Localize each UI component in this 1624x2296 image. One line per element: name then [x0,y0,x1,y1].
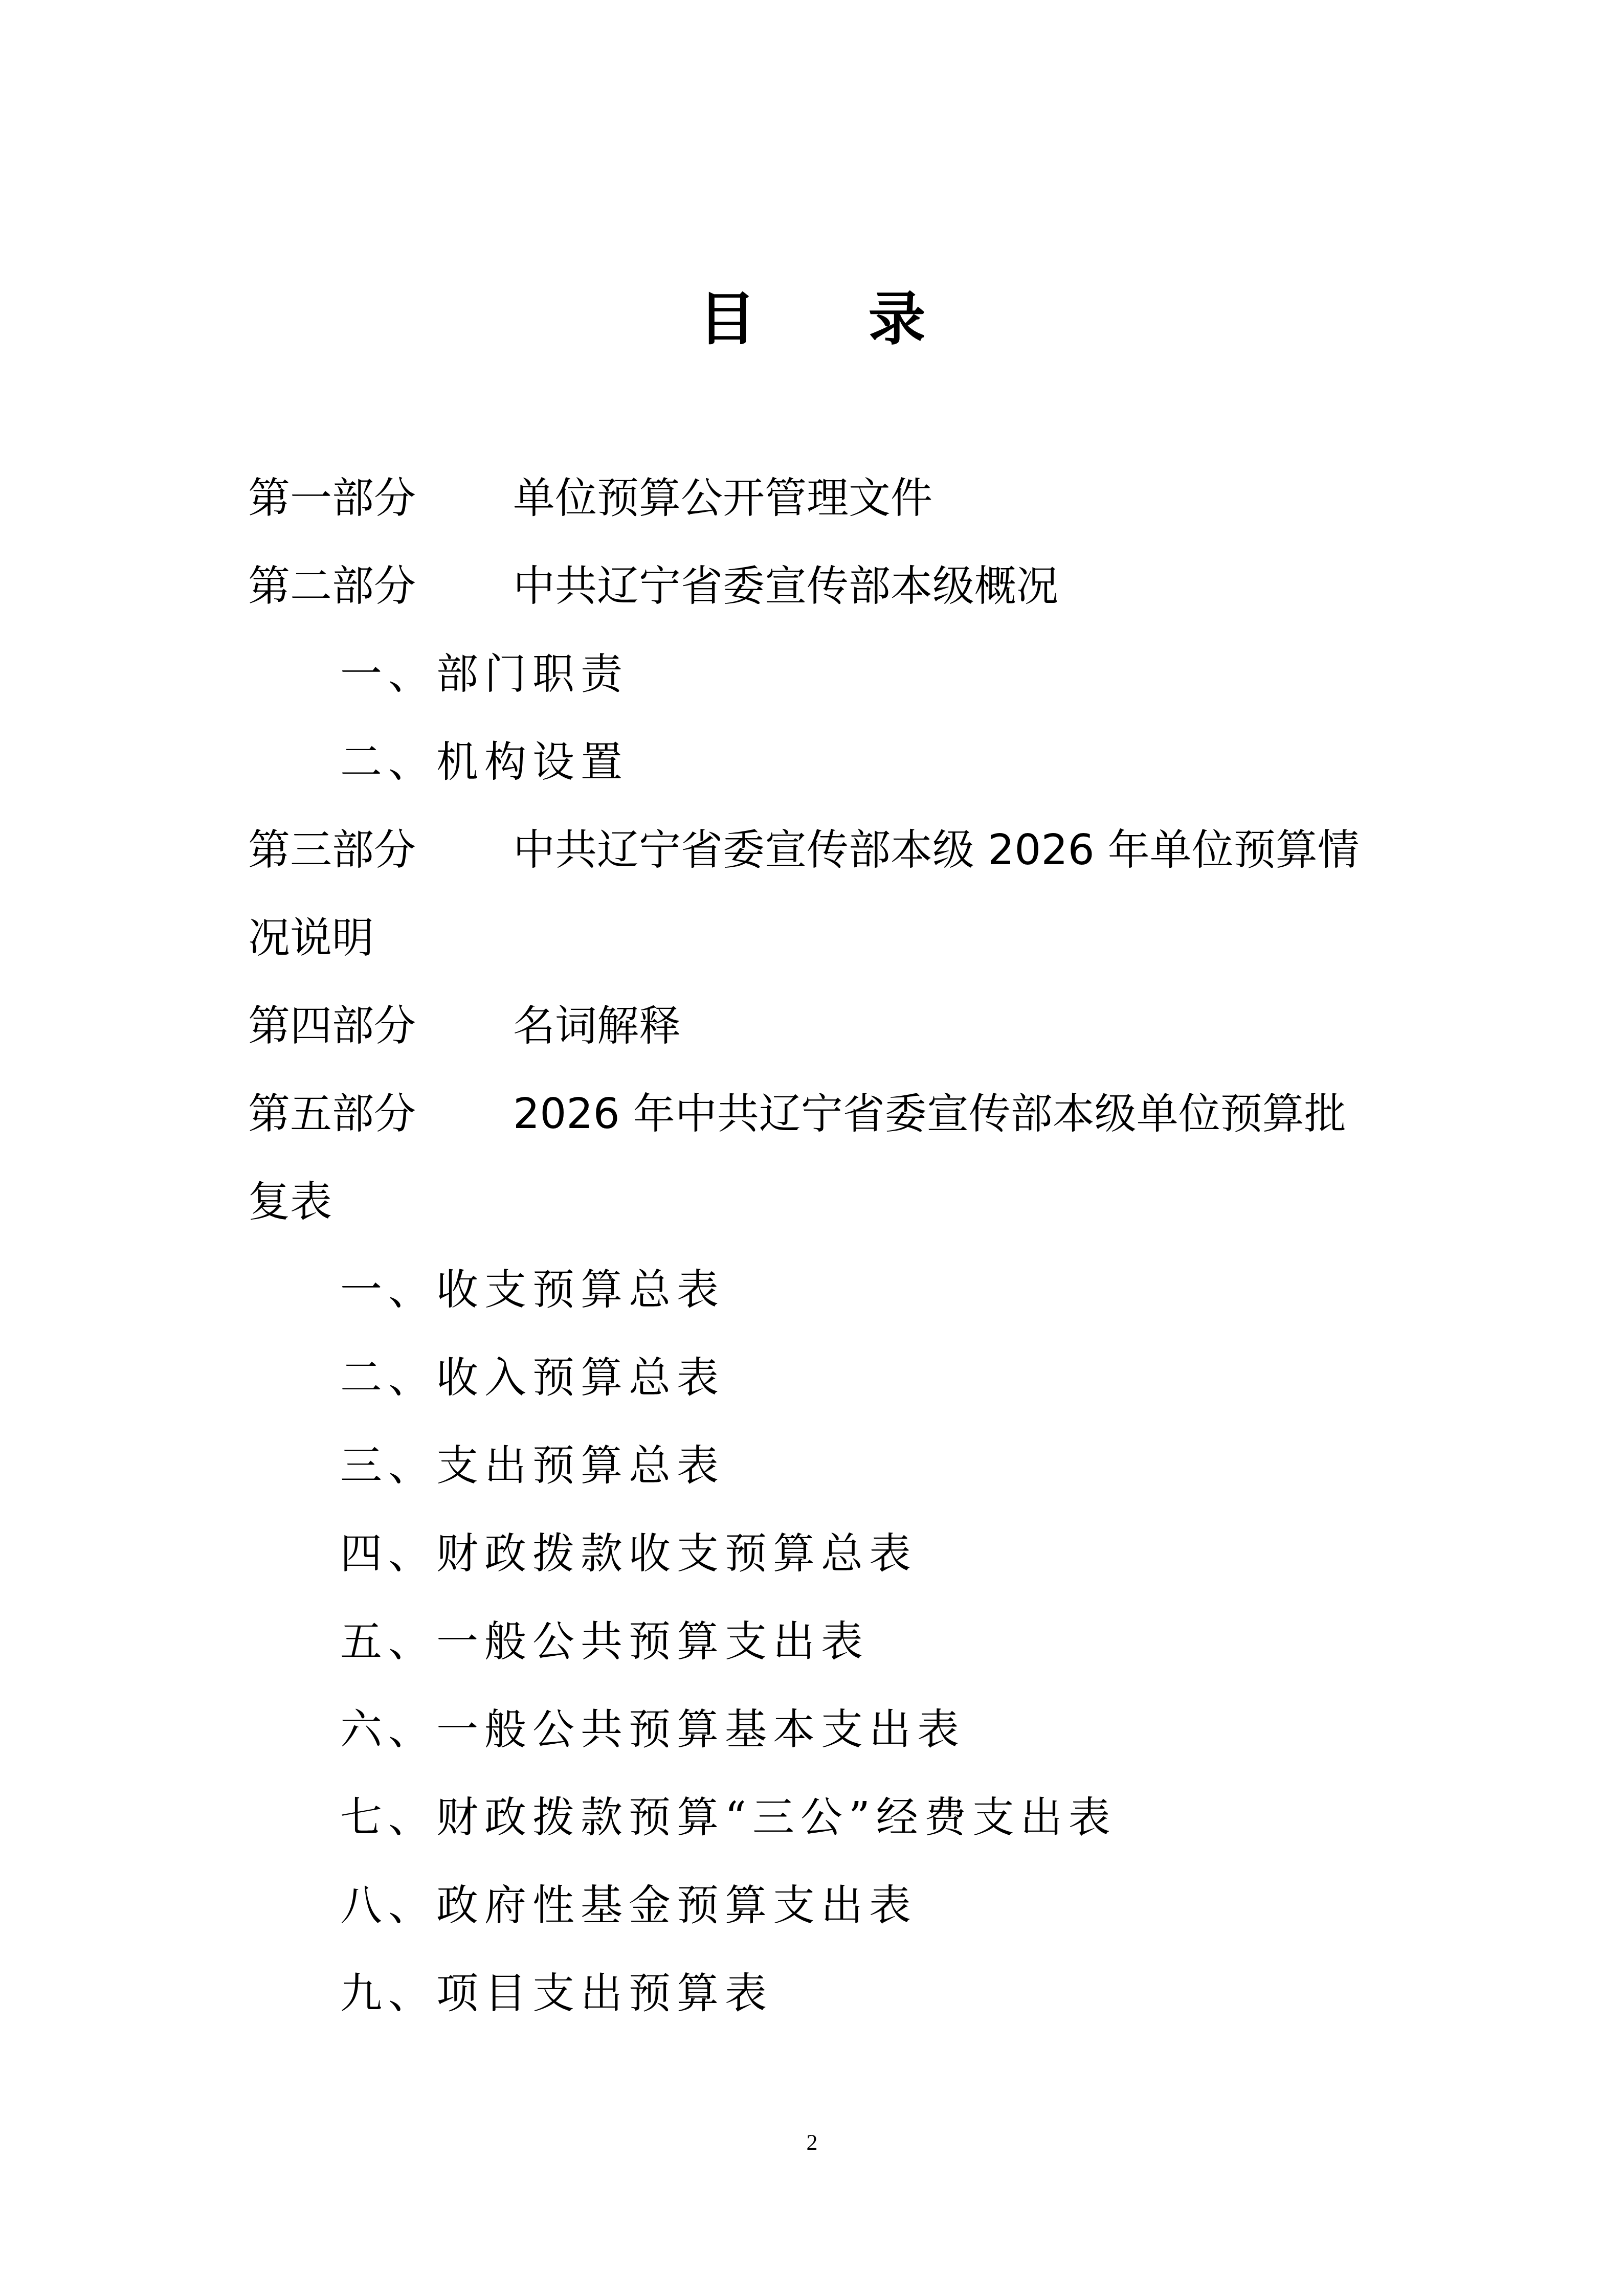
toc-part-text: 中共辽宁省委宣传部本级 2026 年单位预算情 [513,825,1360,876]
toc-subitem[interactable]: 九、项目支出预算表 [340,1968,773,2019]
toc-subitem[interactable]: 七、财政拨款预算“三公”经费支出表 [340,1792,1117,1843]
toc-subitem[interactable]: 一、收支预算总表 [340,1265,725,1316]
toc-subitem[interactable]: 四、财政拨款收支预算总表 [340,1528,917,1580]
toc-subitem[interactable]: 二、收入预算总表 [340,1353,725,1404]
toc-part-label: 第一部分 [248,473,513,524]
title-char-2: 录 [869,284,926,355]
toc-part-label: 第三部分 [248,825,513,876]
title-char-1: 目 [699,284,756,355]
toc-part-1[interactable]: 第一部分单位预算公开管理文件 [248,473,932,524]
toc-part-label: 第四部分 [248,1001,513,1052]
toc-part-text: 中共辽宁省委宣传部本级概况 [513,561,1058,612]
toc-subitem[interactable]: 六、一般公共预算基本支出表 [340,1704,965,1755]
toc-part-3-continuation[interactable]: 况说明 [248,913,374,964]
toc-part-label: 第二部分 [248,561,513,612]
toc-subitem[interactable]: 二、机构设置 [340,737,629,788]
toc-subitem[interactable]: 八、政府性基金预算支出表 [340,1880,917,1931]
page-title: 目录 [0,284,1624,355]
toc-subitem[interactable]: 五、一般公共预算支出表 [340,1616,869,1668]
document-page: 目录 第一部分单位预算公开管理文件 第二部分中共辽宁省委宣传部本级概况 一、部门… [0,0,1624,2296]
toc-part-4[interactable]: 第四部分名词解释 [248,1001,681,1052]
toc-part-text: 2026 年中共辽宁省委宣传部本级单位预算批 [513,1089,1346,1140]
toc-part-3[interactable]: 第三部分中共辽宁省委宣传部本级 2026 年单位预算情 [248,825,1360,876]
toc-part-2[interactable]: 第二部分中共辽宁省委宣传部本级概况 [248,561,1058,612]
toc-part-5-continuation[interactable]: 复表 [248,1177,332,1228]
toc-subitem[interactable]: 一、部门职责 [340,649,629,700]
toc-part-5[interactable]: 第五部分2026 年中共辽宁省委宣传部本级单位预算批 [248,1089,1346,1140]
toc-subitem[interactable]: 三、支出预算总表 [340,1440,725,1492]
toc-part-label: 第五部分 [248,1089,513,1140]
toc-part-text: 单位预算公开管理文件 [513,473,932,524]
toc-part-text: 名词解释 [513,1001,681,1052]
page-number: 2 [0,2127,1624,2158]
